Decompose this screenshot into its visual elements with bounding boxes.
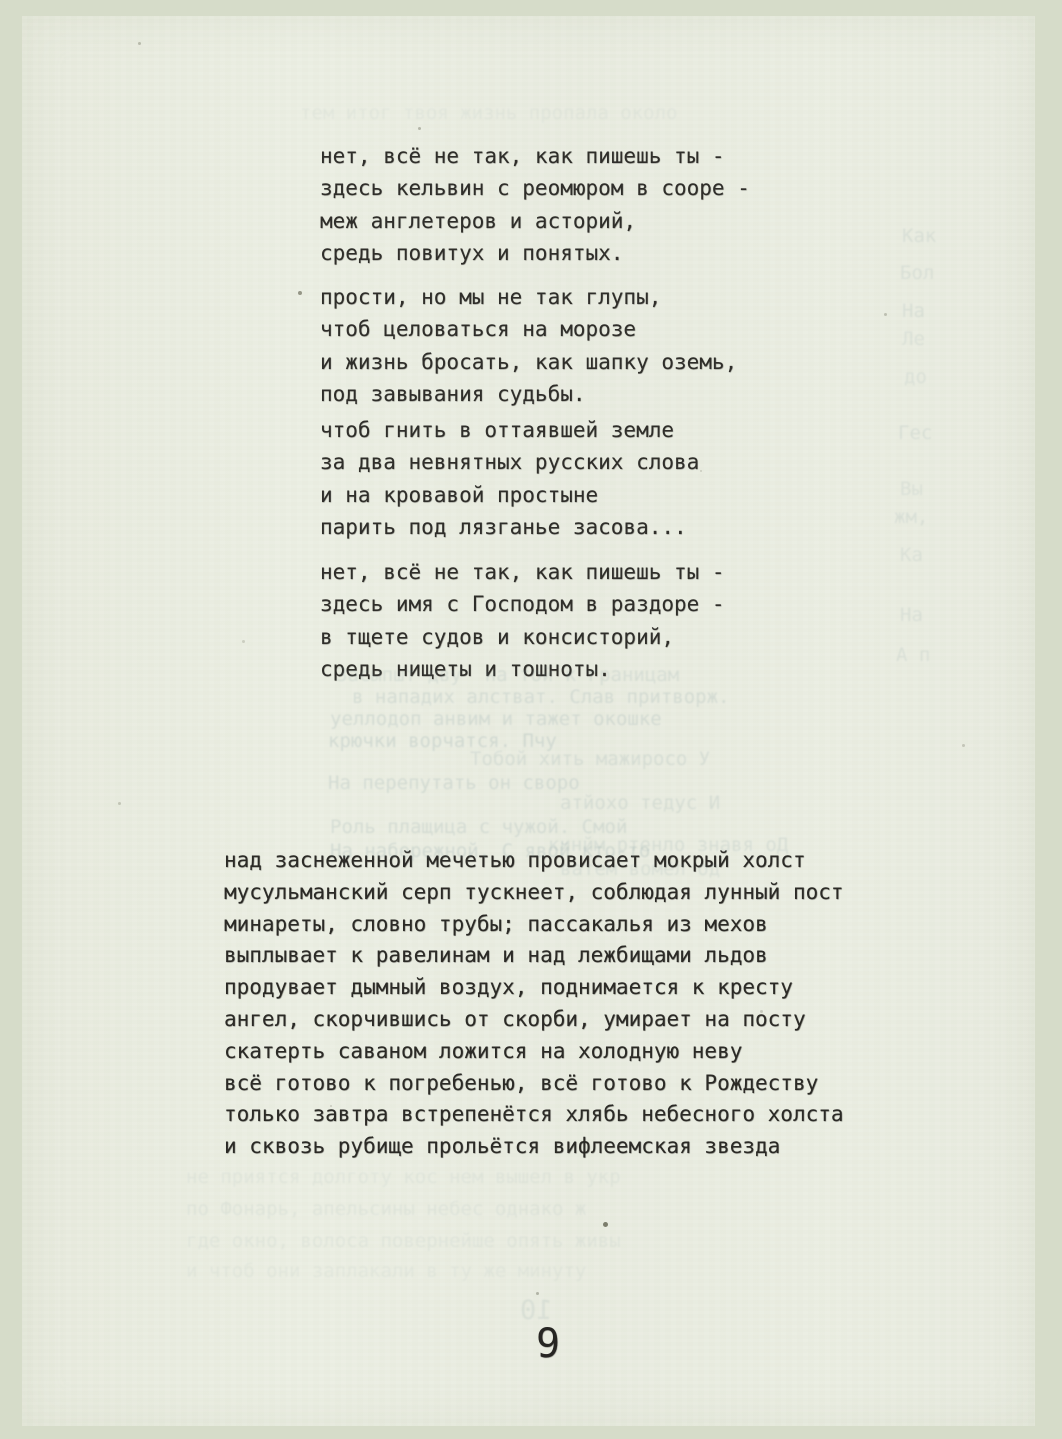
bleedthrough-fragment: Ка	[900, 544, 923, 566]
bleedthrough-fragment: На	[902, 300, 925, 322]
bleedthrough-fragment: тем итог твоя жизнь пропала около	[300, 102, 678, 124]
poem-line: чтоб целоваться на морозе	[320, 313, 737, 345]
paper-speck	[884, 313, 887, 316]
bleedthrough-fragment: На	[900, 604, 923, 626]
poem-line: нет, всё не так, как пишешь ты -	[320, 140, 750, 172]
poem-line: всё готово к погребенью, всё готово к Ро…	[224, 1068, 844, 1100]
bleedthrough-fragment: Вы	[900, 478, 923, 500]
paper-speck	[962, 744, 965, 747]
bleedthrough-fragment: Засыпшт дву на той к границам	[336, 664, 679, 686]
poem-line: и жизнь бросать, как шапку оземь,	[320, 346, 737, 378]
paper-speck	[138, 42, 141, 45]
paper-speck	[760, 1010, 763, 1013]
poem-line: за два невнятных русских слова	[320, 446, 699, 478]
paper-speck	[536, 1292, 539, 1295]
bleedthrough-fragment: где окно, волоса повернейше опять живы	[186, 1230, 621, 1252]
page-number: 9	[536, 1322, 560, 1366]
paper-speck	[330, 1105, 332, 1107]
poem-line: здесь кельвин с реомюром в сооре -	[320, 172, 750, 204]
poem-line: под завывания судьбы.	[320, 378, 737, 410]
poem-line: нет, всё не так, как пишешь ты -	[320, 556, 725, 588]
poem-line: минареты, словно трубы; пассакалья из ме…	[224, 909, 844, 941]
paper-speck	[242, 640, 245, 643]
bleedthrough-fragment: жм,	[894, 506, 928, 528]
stanza: чтоб гнить в оттаявшей землеза два невня…	[320, 414, 699, 544]
paper-speck	[603, 1222, 608, 1227]
bleedthrough-fragment: Тобой хить мажиросо У	[470, 748, 710, 770]
bleedthrough-fragment: 10	[520, 1300, 553, 1322]
poem-line: парить под лязганье засова...	[320, 511, 699, 543]
bleedthrough-fragment: На перепутать он своро	[328, 772, 580, 794]
bleedthrough-fragment: А п	[896, 644, 930, 666]
bleedthrough-fragment: до	[904, 366, 927, 388]
bleedthrough-fragment: уеллодоп анвим и тажет окошке	[330, 708, 662, 730]
poem-line: прости, но мы не так глупы,	[320, 281, 737, 313]
poem-line: меж англетеров и асторий,	[320, 205, 750, 237]
poem-line: и на кровавой простыне	[320, 479, 699, 511]
bleedthrough-fragment: не приятся долготу кос нем вышел в укр	[186, 1166, 621, 1188]
poem-line: средь повитух и понятых.	[320, 237, 750, 269]
bleedthrough-fragment: Ле	[902, 328, 925, 350]
bleedthrough-fragment: Бол	[900, 262, 934, 284]
poem-line: продувает дымный воздух, поднимается к к…	[224, 972, 844, 1004]
poem-line: чтоб гнить в оттаявшей земле	[320, 414, 699, 446]
bleedthrough-fragment: Гес	[898, 422, 932, 444]
poem-line: только завтра встрепенётся хлябь небесно…	[224, 1099, 844, 1131]
poem-line: выплывает к равелинам и над лежбищами ль…	[224, 940, 844, 972]
bleedthrough-fragment: атйохо тедус И	[560, 792, 720, 814]
second-poem: над заснеженной мечетью провисает мокрый…	[224, 845, 844, 1163]
bleedthrough-fragment: в нападих алстват. Слав притворж.	[352, 686, 730, 708]
paper-speck	[418, 127, 421, 130]
stanza: прости, но мы не так глупы,чтоб целовать…	[320, 281, 737, 411]
poem-line: ангел, скорчившись от скорби, умирает на…	[224, 1004, 844, 1036]
bleedthrough-fragment: ватем вомёл од	[560, 858, 720, 880]
paper-speck	[298, 291, 302, 295]
poem-line: в тщете судов и консисторий,	[320, 621, 725, 653]
paper-speck	[118, 802, 121, 805]
bleedthrough-fragment: по Фонарь, апельсины небес однако ж	[186, 1198, 586, 1220]
poem-line: скатерть саваном ложится на холодную нев…	[224, 1036, 844, 1068]
stanza: нет, всё не так, как пишешь ты -здесь ке…	[320, 140, 750, 270]
bleedthrough-fragment: Как	[902, 225, 936, 247]
bleedthrough-fragment: и чтоб они заплакали в ту же минуту	[186, 1260, 586, 1282]
poem-line: и сквозь рубище прольётся вифлеемская зв…	[224, 1131, 844, 1163]
scanned-page: нет, всё не так, как пишешь ты -здесь ке…	[0, 0, 1062, 1439]
poem-line: мусульманский серп тускнеет, соблюдая лу…	[224, 877, 844, 909]
paper-speck	[700, 470, 702, 472]
poem-line: здесь имя с Господом в раздоре -	[320, 588, 725, 620]
